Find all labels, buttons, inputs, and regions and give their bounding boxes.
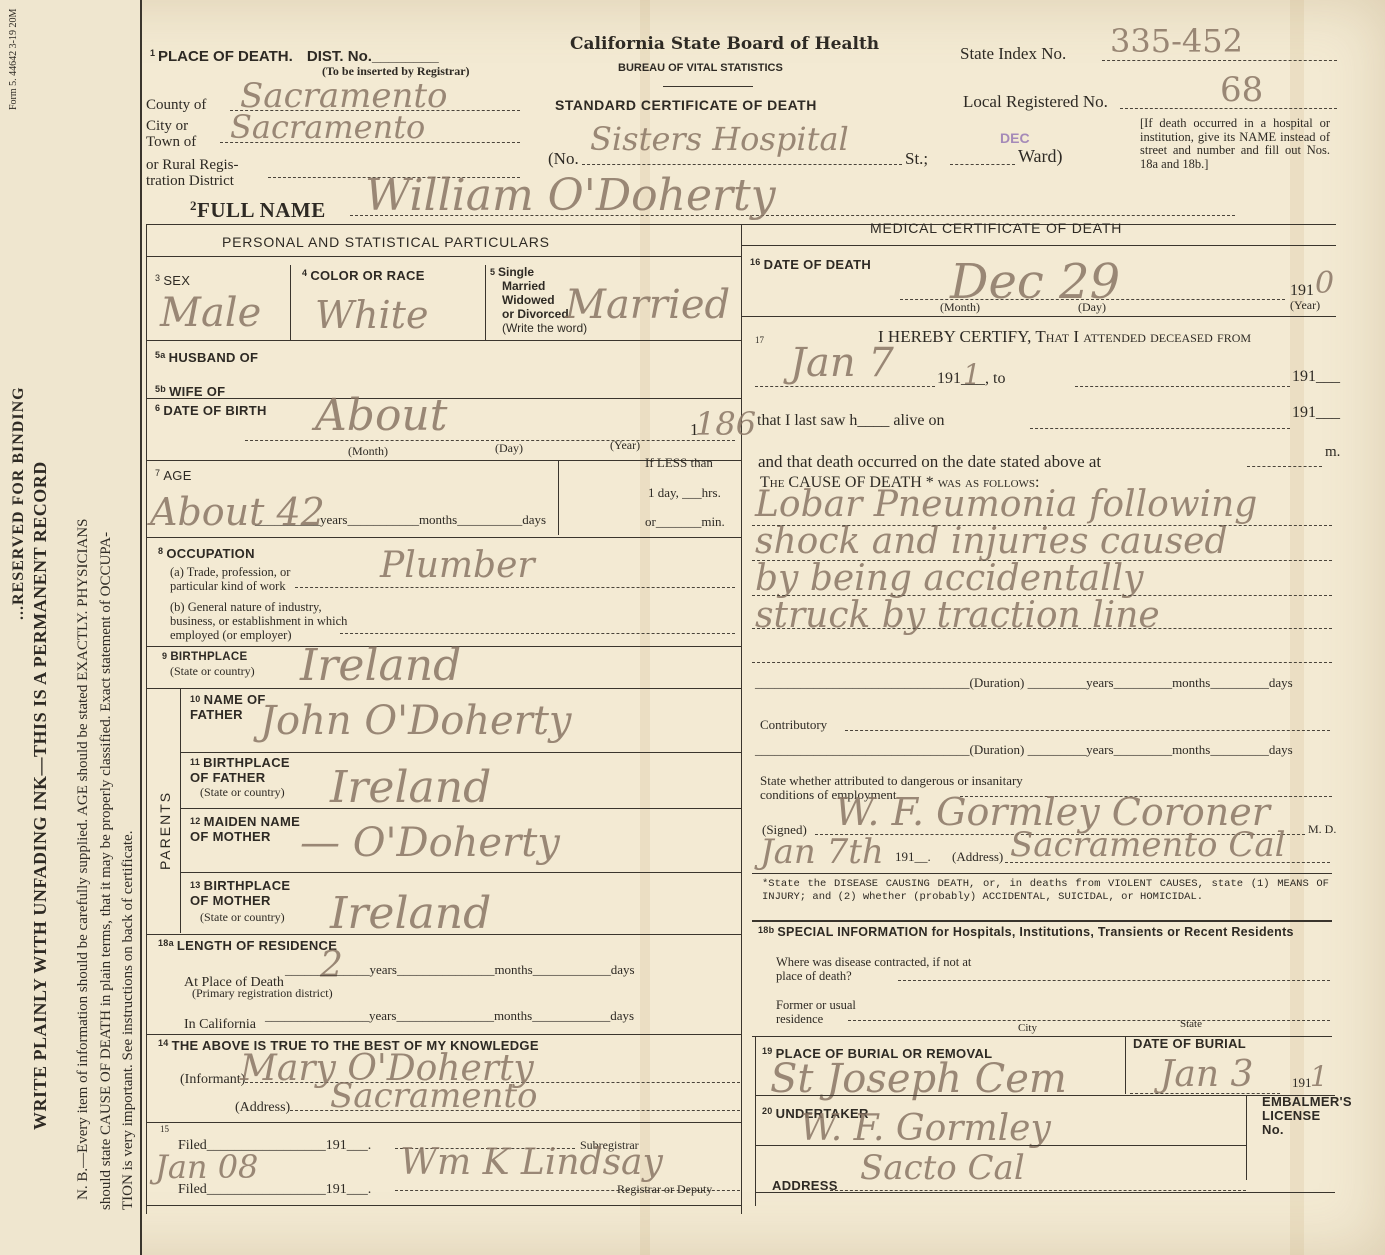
in-california-label: In California (184, 1017, 256, 1033)
dob-label: 6DATE OF BIRTH (155, 403, 267, 418)
city-value: Sacramento (230, 108, 425, 146)
nb-line-1: N. B.—Every item of information should b… (75, 519, 92, 1200)
hospital-note: [If death occurred in a hospital or inst… (1140, 117, 1330, 171)
burial-date-label: DATE OF BURIAL (1133, 1036, 1246, 1051)
mother-birthplace-label: 13BIRTHPLACE OF MOTHER (190, 878, 300, 908)
city-caption: City (1018, 1022, 1037, 1034)
hours-field: 1 day, ___hrs. (648, 485, 721, 501)
filed-registrar-row: Filed_________________191___. (178, 1182, 371, 1198)
race-value: White (315, 293, 428, 337)
less-than-label: If LESS than (645, 455, 713, 471)
dod-label: 16DATE OF DEATH (750, 257, 871, 272)
mother-birthplace-value: Ireland (330, 888, 491, 939)
occupation-label: 8OCCUPATION (158, 546, 255, 561)
state-index-value: 335-452 (1110, 22, 1243, 60)
registrar-value: Wm K Lindsay (400, 1142, 663, 1183)
birthplace-label: 9BIRTHPLACE (162, 651, 247, 663)
day-caption: (Day) (495, 441, 523, 456)
bureau-title: BUREAU OF VITAL STATISTICS (618, 62, 783, 74)
burial-date-value: Jan 3 (1160, 1054, 1253, 1095)
signed-year: 191__. (895, 849, 931, 865)
year-caption: (Year) (610, 438, 640, 453)
cause-line-1: Lobar Pneumonia following (755, 486, 1257, 523)
sex-label: 3SEX (155, 273, 190, 288)
binding-strip: Form 5. 44642 3-19 20M ...RESERVED FOR B… (0, 0, 142, 1255)
binding-note: ...RESERVED FOR BINDING (10, 386, 28, 620)
signed-date-value: Jan 7th (760, 832, 884, 872)
mother-maiden-value: — O'Doherty (300, 820, 560, 866)
full-name-value: William O'Doherty (365, 170, 776, 221)
birthplace-value: Ireland (300, 640, 461, 691)
duration-row-2: _________________________________(Durati… (755, 742, 1293, 758)
occupation-b-label: (b) General nature of industry, business… (170, 600, 360, 642)
full-name-label: 2FULL NAME (190, 198, 326, 223)
undertaker-value: W. F. Gormley (800, 1108, 1051, 1149)
form-number: Form 5. 44642 3-19 20M (8, 9, 19, 110)
city-label: City orTown of (146, 118, 196, 150)
board-title: California State Board of Health (570, 34, 879, 54)
birthplace-hint: (State or country) (170, 664, 255, 679)
nb-line-3: TION is very important. See instructions… (120, 831, 137, 1210)
burial-year: 191 (1292, 1075, 1312, 1091)
cause-line-3: by being accidentally (755, 560, 1257, 597)
street-no-label: (No. (548, 149, 579, 169)
embalmer-license-label: EMBALMER'S LICENSE No. (1262, 1095, 1342, 1137)
husband-of-label: 5aHUSBAND OF (155, 350, 258, 365)
marital-status-value: Married (565, 282, 730, 328)
local-registered-value: 68 (1220, 70, 1263, 110)
dob-year-value: 186 (695, 405, 756, 443)
state-caption: State (1180, 1018, 1202, 1030)
personal-heading: PERSONAL AND STATISTICAL PARTICULARS (222, 234, 550, 250)
ink-notice: WRITE PLAINLY WITH UNFADING INK—THIS IS … (30, 461, 51, 1130)
burial-year-value: 1 (1310, 1060, 1328, 1093)
attended-from-value: Jan 7 (790, 340, 894, 386)
st-label: St.; (905, 149, 928, 169)
father-name-value: John O'Doherty (260, 698, 572, 744)
month-caption: (Month) (348, 444, 388, 459)
cause-footnote: *State the DISEASE CAUSING DEATH, or, in… (762, 878, 1329, 903)
nb-line-2: should state CAUSE OF DEATH in plain ter… (98, 532, 115, 1210)
occurred-text: and that death occurred on the date stat… (758, 452, 1101, 472)
wife-of-label: 5bWIFE OF (155, 384, 225, 399)
medical-heading: MEDICAL CERTIFICATE OF DEATH (870, 220, 1122, 236)
residence-label: 18aLENGTH OF RESIDENCE (158, 938, 337, 953)
last-saw-text: that I last saw h____ alive on (757, 412, 945, 430)
minutes-field: or_______min. (645, 514, 725, 530)
certificate-paper: Form 5. 44642 3-19 20M ...RESERVED FOR B… (0, 0, 1385, 1255)
hospital-value: Sisters Hospital (590, 120, 849, 158)
undertaker-address-value: Sacto Cal (860, 1148, 1025, 1188)
undertaker-address-label: ADDRESS (772, 1178, 838, 1193)
attended-year-value: 1 (963, 358, 981, 391)
certify-number: 17 (755, 335, 764, 345)
father-birthplace-label: 11BIRTHPLACE OF FATHER (190, 755, 300, 785)
county-label: County of (146, 97, 206, 114)
age-units: __________years___________months________… (255, 512, 546, 528)
occupation-value: Plumber (380, 545, 535, 586)
physician-address-label: (Address) (952, 849, 1003, 865)
form-title: STANDARD CERTIFICATE OF DEATH (555, 97, 817, 113)
former-residence-label: Former or usual residence (776, 998, 856, 1026)
time-suffix: m. (1325, 444, 1340, 461)
state-index-label: State Index No. (960, 44, 1066, 64)
contributory-label: Contributory (760, 717, 827, 733)
at-place-units: _____________years_______________months_… (285, 962, 635, 978)
primary-district-hint: (Primary registration district) (192, 986, 333, 1001)
informant-label: (Informant) (180, 1072, 245, 1088)
in-california-units: ________________years_______________mont… (265, 1008, 634, 1024)
dod-year-caption: (Year) (1290, 298, 1320, 313)
mother-maiden-label: 12MAIDEN NAME OF MOTHER (190, 814, 310, 844)
dod-month-caption: (Month) (940, 300, 980, 315)
age-label: 7AGE (155, 468, 192, 483)
filing-number: 15 (160, 1124, 169, 1134)
md-label: M. D. (1308, 822, 1336, 837)
ward-label: Ward) (1018, 146, 1063, 167)
dob-value: About (315, 390, 447, 441)
attended-to-year: 191___ (1292, 368, 1340, 386)
duration-row-1: _________________________________(Durati… (755, 675, 1293, 691)
last-saw-year: 191___ (1292, 404, 1340, 422)
where-contracted-label: Where was disease contracted, if not at … (776, 955, 976, 983)
informant-address-label: (Address) (235, 1100, 290, 1116)
father-birthplace-value: Ireland (330, 762, 491, 813)
local-registered-label: Local Registered No. (963, 92, 1108, 112)
rural-district-label: or Rural Regis-tration District (146, 157, 238, 189)
place-of-death-heading: 1PLACE OF DEATH. DIST. No.________ (150, 48, 439, 65)
registrar-label: Registrar or Deputy (617, 1182, 712, 1197)
date-stamp: DEC (1000, 130, 1030, 146)
cause-line-2: shock and injuries caused (755, 523, 1257, 560)
dod-year-value: 0 (1315, 266, 1334, 301)
sex-value: Male (160, 290, 261, 336)
dod-day-caption: (Day) (1078, 300, 1106, 315)
mother-birthplace-hint: (State or country) (200, 910, 285, 925)
informant-address-value: Sacramento (330, 1076, 538, 1116)
physician-address-value: Sacramento Cal (1010, 825, 1286, 865)
certify-text: I HEREBY CERTIFY, That I attended deceas… (878, 327, 1251, 347)
parents-label: PARENTS (157, 791, 173, 870)
special-heading: 18bSPECIAL INFORMATION for Hospitals, In… (758, 925, 1294, 939)
race-label: 4COLOR OR RACE (302, 268, 425, 283)
father-birthplace-hint: (State or country) (200, 785, 285, 800)
occupation-a-label: (a) Trade, profession, or particular kin… (170, 565, 340, 593)
filed-date-value: Jan 08 (155, 1148, 258, 1186)
